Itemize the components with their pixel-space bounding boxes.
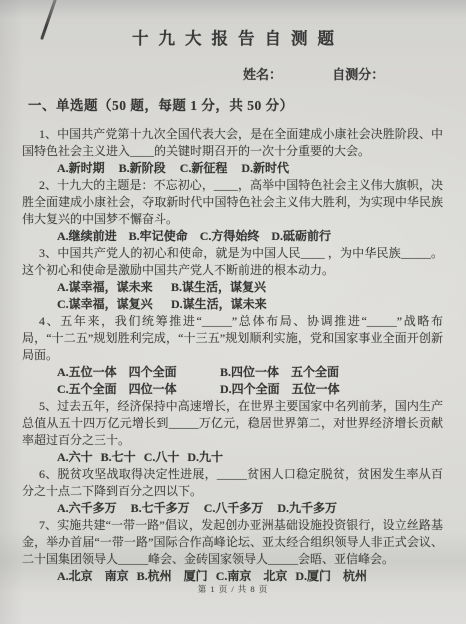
options-row: A.新时期B.新阶段C.新征程D.新时代 xyxy=(22,160,443,177)
options-row: A.谋幸福，谋未来B.谋生活，谋复兴 xyxy=(22,279,443,296)
option-a: A.五位一体 四个全面 xyxy=(57,364,220,381)
question-5: 5、过去五年，经济保持中高速增长，在世界主要国家中名列前茅，国内生产总值从五十四… xyxy=(22,398,443,466)
question-3: 3、中国共产党人的初心和使命，就是为中国人民____ ，为中华民族_____。这… xyxy=(22,245,443,313)
option-b: B.谋生活，谋复兴 xyxy=(171,279,266,296)
options-row: C.五个全面 四位一体D.四个全面 五位一体 xyxy=(22,381,443,398)
option-d: D.新时代 xyxy=(241,161,289,175)
option-b: B.七十 xyxy=(101,450,136,464)
scanned-exam-page: 十九大报告自测题 姓名： 自测分： 一、单选题（50 题，每题 1 分，共 50… xyxy=(0,0,466,624)
option-b: B.新阶段 xyxy=(119,161,166,175)
question-body: 3、中国共产党人的初心和使命，就是为中国人民____ ，为中华民族_____。这… xyxy=(22,245,443,279)
page-number: 第 1 页 / 共 8 页 xyxy=(0,583,466,595)
header-fields: 姓名： 自测分： xyxy=(0,64,466,83)
question-body: 2、十九大的主题是：不忘初心，____，高举中国特色社会主义伟大旗帜，决胜全面建… xyxy=(22,177,443,228)
options-row: A.六十B.七十C.八十D.九十 xyxy=(22,449,443,466)
option-d: D.谋生活，谋未来 xyxy=(171,296,267,313)
question-body: 4、五年来，我们统筹推进“_____”总体布局、协调推进“_____”战略布局，… xyxy=(22,313,443,364)
option-c: C.南京 北京 xyxy=(216,569,288,583)
question-4: 4、五年来，我们统筹推进“_____”总体布局、协调推进“_____”战略布局，… xyxy=(22,313,443,398)
option-c: C.八十 xyxy=(144,450,180,464)
question-2: 2、十九大的主题是：不忘初心，____，高举中国特色社会主义伟大旗帜，决胜全面建… xyxy=(22,177,443,245)
option-d: D.砥砺前行 xyxy=(271,229,331,243)
question-body: 1、中国共产党第十九次全国代表大会，是在全面建成小康社会决胜阶段、中国特色社会主… xyxy=(22,126,443,160)
option-c: C.五个全面 四位一体 xyxy=(57,381,220,398)
option-a: A.继续前进 xyxy=(57,229,117,243)
options-row: A.六千多万B.七千多万C.八千多万D.九千多万 xyxy=(22,500,443,517)
option-d: D.九千多万 xyxy=(277,501,337,515)
option-d: D.九十 xyxy=(187,450,223,464)
option-b: B.四位一体 五个全面 xyxy=(220,364,339,381)
option-c: C.谋幸福，谋复兴 xyxy=(57,296,171,313)
question-1: 1、中国共产党第十九次全国代表大会，是在全面建成小康社会决胜阶段、中国特色社会主… xyxy=(22,126,443,177)
option-c: C.新征程 xyxy=(180,161,228,175)
page-title: 十九大报告自测题 xyxy=(0,25,466,49)
question-body: 6、脱贫攻坚战取得决定性进展，_____贫困人口稳定脱贫，贫困发生率从百分之十点… xyxy=(22,466,443,500)
question-7: 7、实施共建“一带一路”倡议，发起创办亚洲基础设施投资银行，设立丝路基金，举办首… xyxy=(22,517,443,585)
option-c: C.八千多万 xyxy=(204,501,264,515)
option-a: A.谋幸福，谋未来 xyxy=(57,279,171,296)
option-a: A.新时期 xyxy=(57,161,105,175)
option-c: C.方得始终 xyxy=(200,229,260,243)
option-d: D.四个全面 五位一体 xyxy=(220,381,340,398)
option-b: B.杭州 厦门 xyxy=(137,569,208,583)
question-body: 7、实施共建“一带一路”倡议，发起创办亚洲基础设施投资银行，设立丝路基金，举办首… xyxy=(22,517,443,568)
question-6: 6、脱贫攻坚战取得决定性进展，_____贫困人口稳定脱贫，贫困发生率从百分之十点… xyxy=(22,466,443,517)
options-row: A.继续前进B.牢记使命C.方得始终D.砥砺前行 xyxy=(22,228,443,245)
option-d: D.厦门 杭州 xyxy=(295,569,367,583)
name-label: 姓名： xyxy=(243,67,282,82)
option-b: B.牢记使命 xyxy=(129,229,188,243)
question-list: 1、中国共产党第十九次全国代表大会，是在全面建成小康社会决胜阶段、中国特色社会主… xyxy=(22,126,443,585)
question-body: 5、过去五年，经济保持中高速增长，在世界主要国家中名列前茅，国内生产总值从五十四… xyxy=(22,398,443,449)
option-a: A.六十 xyxy=(57,450,93,464)
section-heading: 一、单选题（50 题，每题 1 分，共 50 分） xyxy=(28,94,294,114)
option-b: B.七千多万 xyxy=(131,501,190,515)
option-a: A.北京 南京 xyxy=(57,569,129,583)
option-a: A.六千多万 xyxy=(57,501,117,515)
score-label: 自测分： xyxy=(332,67,384,82)
options-row: A.五位一体 四个全面B.四位一体 五个全面 xyxy=(22,364,443,381)
options-row: C.谋幸福，谋复兴D.谋生活，谋未来 xyxy=(22,296,443,313)
